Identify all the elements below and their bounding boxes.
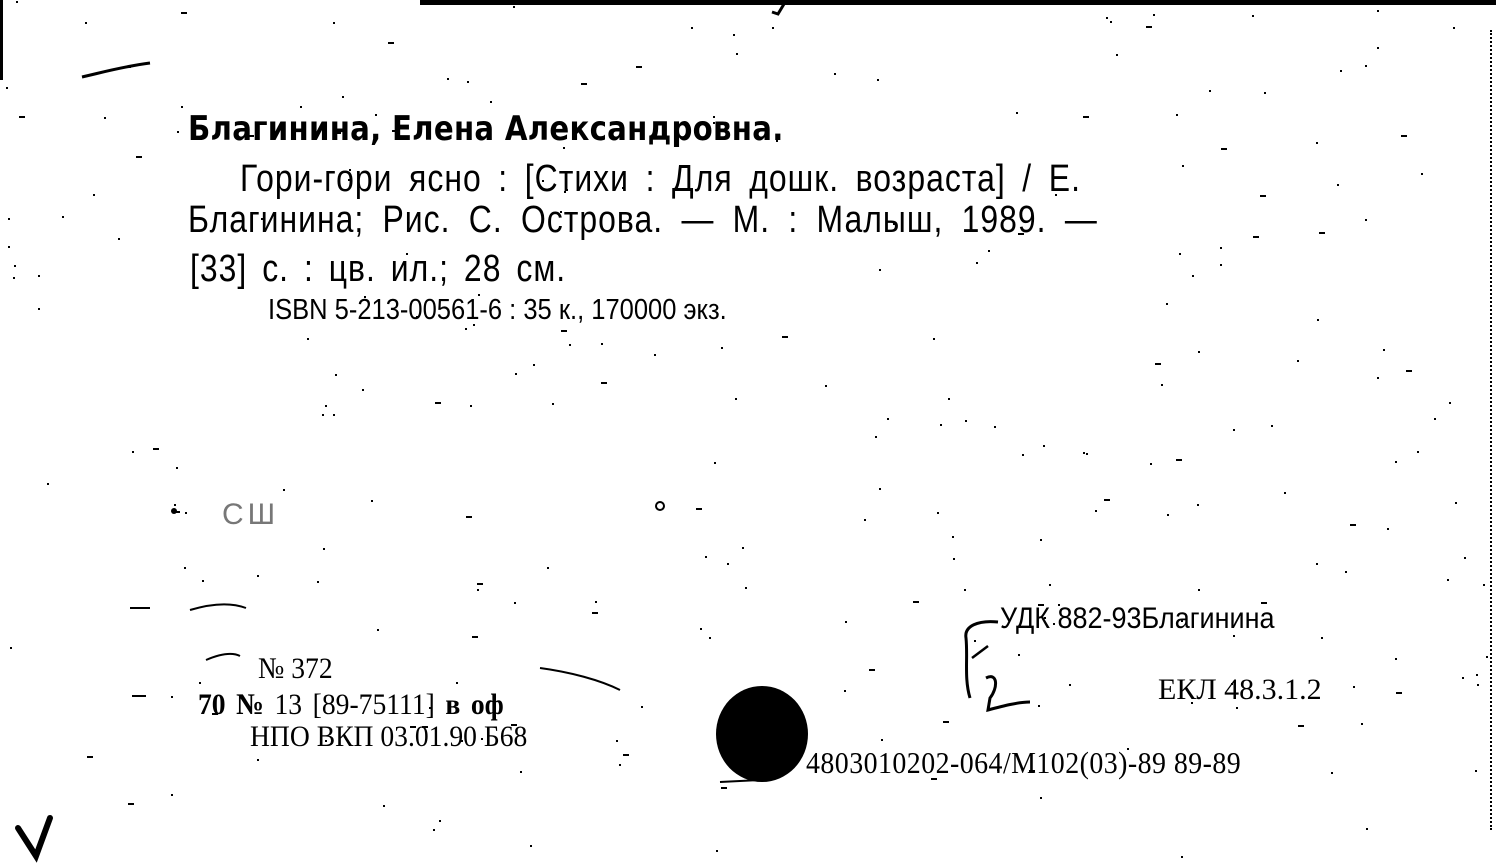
scan-speck: [322, 414, 324, 416]
scan-speck: [1321, 637, 1323, 639]
scan-speck: [1116, 54, 1118, 56]
scan-speck: [1319, 232, 1325, 234]
scan-speck: [38, 308, 40, 310]
scan-speck: [325, 405, 327, 407]
scan-speck: [1029, 770, 1035, 772]
scan-speck: [533, 364, 535, 366]
scan-speck: [1198, 589, 1200, 591]
scan-speck: [62, 216, 64, 218]
scan-speck: [727, 563, 729, 565]
scan-speck: [1455, 502, 1457, 504]
scan-speck: [714, 462, 716, 464]
scan-artifacts: [0, 0, 1496, 864]
scan-speck: [1486, 656, 1488, 658]
scan-speck: [713, 116, 715, 118]
scan-speck: [1317, 319, 1319, 321]
scan-speck: [342, 96, 344, 98]
scan-speck: [325, 740, 327, 742]
scan-speck: [439, 820, 441, 822]
scan-speck: [1058, 604, 1060, 606]
scan-speck: [636, 66, 642, 68]
scan-speck: [948, 398, 950, 400]
scan-speck: [542, 180, 544, 182]
scan-speck: [8, 218, 10, 220]
scan-speck: [1176, 114, 1178, 116]
scan-speck: [1434, 418, 1436, 420]
scan-speck: [1192, 275, 1194, 277]
scan-speck: [93, 194, 95, 196]
scan-speck: [377, 629, 379, 631]
scan-speck: [410, 726, 416, 728]
scan-speck: [1043, 445, 1045, 447]
scan-speck: [1181, 856, 1183, 858]
scan-speck: [530, 845, 532, 847]
scan-speck: [988, 250, 990, 252]
scan-speck: [1220, 247, 1222, 249]
scan-speck: [520, 771, 522, 773]
scan-speck: [1366, 828, 1368, 830]
scan-speck: [335, 132, 341, 134]
scan-speck: [1220, 264, 1222, 266]
scan-speck: [85, 22, 87, 24]
scan-speck: [887, 418, 889, 420]
scan-speck: [700, 628, 702, 630]
scan-speck: [1387, 528, 1389, 530]
scan-speck: [733, 34, 735, 36]
scan-speck: [1179, 253, 1181, 255]
scan-speck: [14, 265, 16, 267]
scan-speck: [473, 324, 475, 326]
scan-speck: [1095, 510, 1097, 512]
scan-speck: [745, 587, 747, 589]
scan-speck: [1231, 683, 1233, 685]
scan-speck: [472, 636, 478, 638]
scan-speck: [560, 211, 562, 213]
scan-speck: [713, 122, 715, 124]
scan-speck: [1421, 173, 1423, 175]
scan-speck: [477, 589, 479, 591]
scan-speck: [392, 130, 398, 132]
scan-speck: [46, 825, 48, 827]
scan-speck: [481, 738, 483, 740]
scan-speck: [125, 66, 131, 68]
scan-speck: [465, 328, 467, 330]
scan-speck: [1396, 692, 1402, 694]
scan-speck: [997, 769, 999, 771]
scan-speck: [1233, 429, 1235, 431]
scan-speck: [212, 713, 218, 715]
scan-speck: [300, 106, 302, 108]
scan-speck: [1040, 797, 1042, 799]
scan-speck: [974, 640, 976, 642]
scan-speck: [416, 316, 418, 318]
scan-speck: [691, 27, 693, 29]
scan-speck: [566, 189, 568, 191]
scan-speck: [383, 805, 385, 807]
scan-speck: [1340, 70, 1342, 72]
scan-speck: [317, 581, 319, 583]
scan-speck: [349, 169, 351, 171]
scan-speck: [705, 556, 707, 558]
scan-speck: [1377, 377, 1379, 379]
scan-speck: [1261, 602, 1267, 604]
scan-speck: [552, 403, 554, 405]
scan-speck: [844, 690, 846, 692]
scan-speck: [772, 27, 774, 29]
scan-speck: [965, 420, 967, 422]
scan-speck: [1053, 623, 1055, 625]
scan-speck: [176, 467, 178, 469]
scan-speck: [845, 621, 847, 623]
scan-speck: [1233, 635, 1235, 637]
scan-speck: [1476, 674, 1478, 676]
scan-speck: [721, 347, 723, 349]
scan-speck: [477, 583, 483, 585]
scan-speck: [467, 81, 469, 83]
scan-speck: [132, 451, 134, 453]
scan-speck: [879, 269, 881, 271]
scan-speck: [456, 682, 458, 684]
scan-speck: [742, 547, 744, 549]
scan-speck: [1181, 620, 1183, 622]
scan-speck: [869, 669, 875, 671]
scan-speck: [1316, 142, 1318, 144]
scan-speck: [333, 22, 335, 24]
scan-speck: [931, 778, 937, 780]
scan-speck: [1453, 27, 1455, 29]
scan-speck: [429, 707, 431, 709]
scan-speck: [16, 1, 18, 3]
scan-speck: [1271, 425, 1273, 427]
scan-speck: [1166, 303, 1168, 305]
scan-speck: [335, 374, 337, 376]
scan-speck: [933, 338, 935, 340]
scan-speck: [547, 567, 549, 569]
scan-speck: [199, 682, 201, 684]
scan-speck: [1350, 524, 1356, 526]
scan-speck: [1150, 463, 1152, 465]
scan-speck: [1197, 504, 1199, 506]
scan-speck: [1104, 499, 1110, 501]
scan-speck: [1167, 514, 1169, 516]
scan-speck: [511, 724, 517, 726]
scan-speck: [1044, 617, 1046, 619]
scan-speck: [1069, 684, 1071, 686]
scan-speck: [1022, 454, 1024, 456]
scan-speck: [994, 426, 996, 428]
scan-speck: [1337, 184, 1339, 186]
scan-speck: [10, 647, 12, 649]
scan-speck: [1417, 451, 1419, 453]
scan-speck: [171, 794, 173, 796]
scan-speck: [1016, 112, 1018, 114]
scan-speck: [1038, 705, 1040, 707]
scan-speck: [1153, 14, 1155, 16]
scan-speck: [641, 706, 643, 708]
scan-speck: [364, 296, 366, 298]
scan-speck: [87, 756, 93, 758]
scan-speck: [1361, 723, 1363, 725]
scan-speck: [696, 508, 702, 510]
scan-speck: [1298, 725, 1304, 727]
scan-speck: [6, 87, 8, 89]
scan-speck: [515, 373, 517, 375]
scan-speck: [248, 135, 254, 137]
scan-speck: [1146, 26, 1152, 28]
scan-speck: [893, 223, 895, 225]
scan-speck: [1377, 47, 1379, 49]
scan-speck: [976, 262, 978, 264]
scan-speck: [937, 512, 939, 514]
scan-speck: [1055, 194, 1057, 196]
scan-speck: [569, 344, 571, 346]
scan-speck: [1264, 92, 1266, 94]
scan-speck: [1365, 219, 1367, 221]
scan-speck: [348, 179, 350, 181]
scan-speck: [1127, 748, 1129, 750]
scan-speck: [478, 294, 480, 296]
scan-speck: [1198, 351, 1200, 353]
scan-speck: [333, 414, 335, 416]
scan-speck: [1221, 148, 1227, 150]
scan-speck: [406, 253, 408, 255]
scan-speck: [879, 488, 881, 490]
scan-speck: [1106, 17, 1108, 19]
catalog-card: Благинина, Елена Александровна. Гори-гор…: [0, 0, 1496, 864]
scan-speck: [13, 277, 15, 279]
scan-speck: [1161, 384, 1163, 386]
scan-speck: [1236, 707, 1238, 709]
scan-speck: [1018, 233, 1024, 235]
scan-speck: [953, 558, 955, 560]
scan-speck: [881, 739, 883, 741]
scan-speck: [1383, 349, 1385, 351]
scan-speck: [1110, 21, 1112, 23]
scan-speck: [1284, 492, 1286, 494]
scan-speck: [1449, 402, 1451, 404]
scan-speck: [470, 405, 472, 407]
scan-speck: [834, 73, 836, 75]
scan-speck: [1297, 360, 1299, 362]
scan-speck: [422, 726, 428, 728]
scan-speck: [171, 696, 173, 698]
scan-speck: [736, 53, 738, 55]
scan-speck: [1377, 10, 1379, 12]
scan-speck: [877, 79, 879, 81]
scan-speck: [1475, 770, 1477, 772]
scan-speck: [825, 385, 827, 387]
scan-speck: [19, 116, 25, 118]
scan-speck: [1018, 654, 1020, 656]
scan-speck: [1365, 65, 1367, 67]
scan-speck: [709, 637, 711, 639]
scan-speck: [581, 83, 587, 85]
scan-speck: [940, 424, 942, 426]
scan-speck: [261, 218, 263, 220]
scan-speck: [283, 489, 285, 491]
scan-speck: [1395, 461, 1397, 463]
scan-speck: [185, 512, 187, 514]
scan-speck: [952, 536, 954, 538]
scan-speck: [1049, 584, 1051, 586]
scan-speck: [875, 436, 877, 438]
scan-speck: [1083, 452, 1085, 454]
scan-speck: [1191, 702, 1193, 704]
scan-speck: [433, 829, 435, 831]
scan-speck: [38, 275, 40, 277]
scan-speck: [616, 740, 618, 742]
scan-speck: [490, 101, 492, 103]
scan-speck: [716, 850, 718, 852]
scan-speck: [104, 117, 106, 119]
scan-speck: [1176, 459, 1182, 461]
scan-speck: [1483, 584, 1485, 586]
scan-speck: [1406, 370, 1412, 372]
scan-speck: [1316, 563, 1318, 565]
scan-speck: [654, 354, 656, 356]
scan-speck: [1086, 453, 1088, 455]
scan-speck: [257, 759, 259, 761]
scan-speck: [1353, 686, 1355, 688]
scan-speck: [1253, 236, 1259, 238]
scan-speck: [623, 754, 629, 756]
scan-speck: [595, 601, 597, 603]
scan-speck: [601, 382, 607, 384]
scan-speck: [1331, 772, 1333, 774]
scan-speck: [435, 402, 441, 404]
scan-speck: [1345, 571, 1347, 573]
scan-speck: [592, 612, 598, 614]
scan-speck: [622, 187, 624, 189]
scan-speck: [181, 106, 183, 108]
scan-speck: [1477, 684, 1479, 686]
scan-speck: [362, 389, 364, 391]
scan-speck: [447, 78, 449, 80]
scan-speck: [136, 156, 142, 158]
scan-speck: [943, 721, 949, 723]
scan-speck: [1260, 195, 1266, 197]
scan-speck: [371, 500, 373, 502]
scan-speck: [118, 238, 120, 240]
scan-speck: [1395, 658, 1397, 660]
scan-speck: [388, 42, 394, 44]
scan-speck: [964, 589, 966, 591]
scan-speck: [514, 602, 516, 604]
scan-speck: [913, 601, 919, 603]
scan-speck: [461, 740, 463, 742]
scan-speck: [323, 548, 325, 550]
scan-speck: [202, 580, 204, 582]
scan-speck: [257, 575, 259, 577]
scan-speck: [1464, 557, 1466, 559]
scan-speck: [1462, 677, 1464, 679]
scan-speck: [1040, 539, 1042, 541]
scan-speck: [564, 191, 566, 193]
scan-speck: [1083, 116, 1089, 118]
scan-speck: [735, 398, 737, 400]
scan-speck: [174, 504, 176, 506]
scan-speck: [8, 246, 10, 248]
scan-speck: [619, 764, 621, 766]
scan-speck: [177, 131, 179, 133]
scan-speck: [1038, 604, 1044, 606]
scan-speck: [47, 483, 49, 485]
scan-speck: [1182, 165, 1184, 167]
scan-speck: [1155, 363, 1161, 365]
scan-speck: [466, 516, 472, 518]
scan-speck: [1209, 90, 1211, 92]
scan-speck: [1252, 15, 1254, 17]
scan-speck: [128, 803, 134, 805]
scan-speck: [181, 12, 187, 14]
scan-speck: [513, 6, 515, 8]
scan-speck: [721, 787, 727, 789]
scan-speck: [782, 336, 788, 338]
scan-speck: [153, 448, 159, 450]
scan-speck: [1401, 135, 1407, 137]
scan-speck: [563, 147, 565, 149]
scan-speck: [1447, 579, 1449, 581]
scan-speck: [375, 114, 377, 116]
scan-speck: [776, 140, 778, 142]
scan-speck: [601, 343, 603, 345]
scan-speck: [561, 330, 567, 332]
scan-speck: [307, 338, 309, 340]
scan-speck: [864, 519, 866, 521]
scan-speck: [184, 567, 186, 569]
